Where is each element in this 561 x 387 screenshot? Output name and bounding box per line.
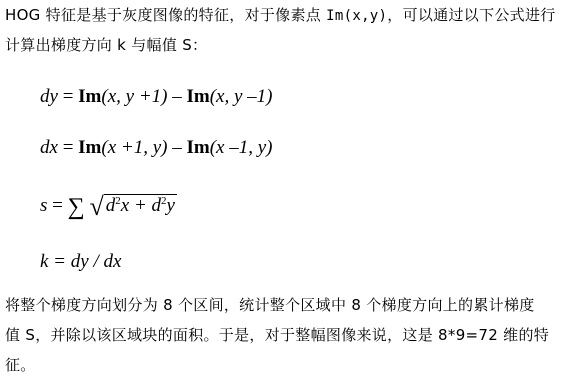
im-func: Im xyxy=(186,137,209,158)
term: d xyxy=(106,195,116,216)
formula-k-text: k = dy / dx xyxy=(40,251,121,272)
im-func: Im xyxy=(78,137,101,158)
intro-line-2: 计算出梯度方向 k 与幅值 S： xyxy=(5,30,561,60)
square-root: √d2x + d2y xyxy=(89,194,176,219)
im-func: Im xyxy=(186,86,209,107)
im-func: Im xyxy=(78,86,101,107)
intro-text: HOG 特征是基于灰度图像的特征，对于像素点 xyxy=(5,6,326,24)
equals: = xyxy=(58,137,78,158)
conclusion-line-2: 值 S，并除以该区域块的面积。于是，对于整幅图像来说，这是 8*9=72 维的特 xyxy=(5,320,561,350)
args: (x +1, y) – xyxy=(101,137,186,158)
intro-text-cont: ，可以通过以下公式进行 xyxy=(387,6,555,24)
equals: = xyxy=(58,86,78,107)
conclusion-line-1: 将整个梯度方向划分为 8 个区间，统计整个区域中 8 个梯度方向上的累计梯度 xyxy=(5,290,561,320)
formula-s: s = ∑ √d2x + d2y xyxy=(40,194,177,219)
args: (x, y –1) xyxy=(210,86,273,107)
args: (x –1, y) xyxy=(210,137,273,158)
term: x + d xyxy=(121,195,161,216)
args: (x, y +1) – xyxy=(101,86,186,107)
pixel-notation: Im(x,y) xyxy=(326,8,387,24)
intro-line-1: HOG 特征是基于灰度图像的特征，对于像素点 Im(x,y)，可以通过以下公式进… xyxy=(5,0,561,30)
formula-k: k = dy / dx xyxy=(40,250,121,274)
formula-dy-lhs: dy xyxy=(40,86,58,107)
formula-dx-lhs: dx xyxy=(40,137,58,158)
conclusion-paragraph: 将整个梯度方向划分为 8 个区间，统计整个区域中 8 个梯度方向上的累计梯度 值… xyxy=(5,290,561,380)
equals: = xyxy=(47,195,67,216)
conclusion-line-3: 征。 xyxy=(5,350,561,380)
intro-paragraph: HOG 特征是基于灰度图像的特征，对于像素点 Im(x,y)，可以通过以下公式进… xyxy=(5,0,561,60)
sqrt-icon: √ xyxy=(89,192,103,221)
formula-dx: dx = Im(x +1, y) – Im(x –1, y) xyxy=(40,136,273,160)
summation-icon: ∑ xyxy=(68,194,85,220)
formula-dy: dy = Im(x, y +1) – Im(x, y –1) xyxy=(40,85,273,109)
radicand: d2x + d2y xyxy=(104,194,177,217)
term: y xyxy=(167,195,175,216)
